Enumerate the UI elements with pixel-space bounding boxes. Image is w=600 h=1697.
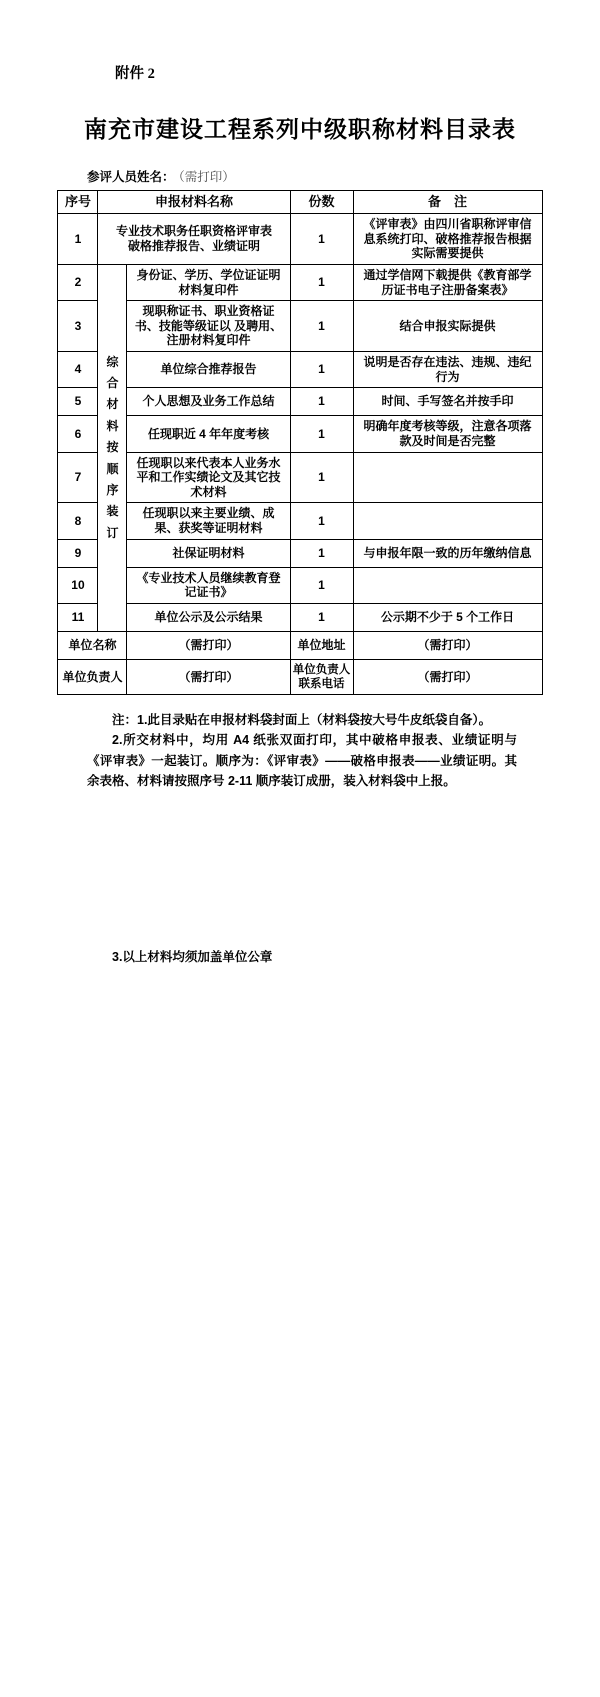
materials-table: 序号 申报材料名称 份数 备 注 1 专业技术职务任职资格评审表 破格推荐报告、…: [57, 190, 542, 695]
remark-cell: [353, 567, 542, 603]
remark-cell: 《评审表》由四川省职称评审信 息系统打印、破格推荐报告根据 实际需要提供: [353, 214, 542, 265]
material-name-cell: 《专业技术人员继续教育登 记证书》: [127, 567, 290, 603]
table-row: 9 社保证明材料 1 与申报年限一致的历年缴纳信息: [58, 539, 542, 567]
copies-cell: 1: [290, 264, 353, 300]
serial-cell: 7: [58, 452, 98, 503]
serial-cell: 9: [58, 539, 98, 567]
material-name-cell: 任现职以来代表本人业务水 平和工作实绩论文及其它技 术材料: [127, 452, 290, 503]
unit-address-label: 单位地址: [290, 631, 353, 659]
serial-cell: 1: [58, 214, 98, 265]
material-name-cell: 专业技术职务任职资格评审表 破格推荐报告、业绩证明: [98, 214, 290, 265]
col-header-serial: 序号: [58, 191, 98, 214]
attachment-label: 附件 2: [115, 0, 600, 83]
serial-cell: 11: [58, 603, 98, 631]
unit-head-value: （需打印）: [127, 659, 290, 694]
col-header-material-name: 申报材料名称: [98, 191, 290, 214]
material-name-cell: 任现职以来主要业绩、成 果、获奖等证明材料: [127, 503, 290, 539]
table-row: 3 现职称证书、职业资格证 书、技能等级证以 及聘用、 注册材料复印件 1 结合…: [58, 301, 542, 352]
serial-cell: 8: [58, 503, 98, 539]
page-title: 南充市建设工程系列中级职称材料目录表: [0, 111, 600, 144]
material-name-cell: 单位综合推荐报告: [127, 352, 290, 388]
table-row: 7 任现职以来代表本人业务水 平和工作实绩论文及其它技 术材料 1: [58, 452, 542, 503]
material-name-cell: 现职称证书、职业资格证 书、技能等级证以 及聘用、 注册材料复印件: [127, 301, 290, 352]
material-name-cell: 单位公示及公示结果: [127, 603, 290, 631]
material-name-cell: 社保证明材料: [127, 539, 290, 567]
note-3: 3.以上材料均须加盖单位公章: [87, 947, 517, 968]
unit-name-label: 单位名称: [58, 631, 127, 659]
table-row: 6 任现职近 4 年年度考核 1 明确年度考核等级，注意各项落 款及时间是否完整: [58, 416, 542, 452]
material-name-cell: 身份证、学历、学位证证明 材料复印件: [127, 264, 290, 300]
copies-cell: 1: [290, 416, 353, 452]
table-row: 5 个人思想及业务工作总结 1 时间、手写签名并按手印: [58, 388, 542, 416]
copies-cell: 1: [290, 301, 353, 352]
remark-cell: 通过学信网下载提供《教育部学 历证书电子注册备案表》: [353, 264, 542, 300]
note-2: 2.所交材料中，均用 A4 纸张双面打印，其中破格申报表、业绩证明与《评审表》一…: [87, 730, 517, 792]
group-label-text: 综合材料按顺序装订: [106, 352, 118, 544]
unit-head-phone-value: （需打印）: [353, 659, 542, 694]
table-row: 8 任现职以来主要业绩、成 果、获奖等证明材料 1: [58, 503, 542, 539]
remark-cell: 时间、手写签名并按手印: [353, 388, 542, 416]
applicant-name-line: 参评人员姓名：（需打印）: [87, 167, 600, 185]
col-header-copies: 份数: [290, 191, 353, 214]
document-page: 附件 2 南充市建设工程系列中级职称材料目录表 参评人员姓名：（需打印） 序号 …: [0, 0, 600, 1697]
serial-cell: 4: [58, 352, 98, 388]
table-row: 11 单位公示及公示结果 1 公示期不少于 5 个工作日: [58, 603, 542, 631]
copies-cell: 1: [290, 352, 353, 388]
copies-cell: 1: [290, 603, 353, 631]
remark-cell: [353, 452, 542, 503]
remark-cell: 与申报年限一致的历年缴纳信息: [353, 539, 542, 567]
copies-cell: 1: [290, 452, 353, 503]
serial-cell: 5: [58, 388, 98, 416]
unit-name-value: （需打印）: [127, 631, 290, 659]
unit-head-row: 单位负责人 （需打印） 单位负责人 联系电话 （需打印）: [58, 659, 542, 694]
material-name-cell: 个人思想及业务工作总结: [127, 388, 290, 416]
serial-cell: 2: [58, 264, 98, 300]
remark-cell: 公示期不少于 5 个工作日: [353, 603, 542, 631]
group-label-cell: 综合材料按顺序装订: [98, 264, 127, 631]
copies-cell: 1: [290, 388, 353, 416]
table-row: 4 单位综合推荐报告 1 说明是否存在违法、违规、违纪 行为: [58, 352, 542, 388]
note-1: 注：1.此目录贴在申报材料袋封面上（材料袋按大号牛皮纸袋自备）。: [87, 710, 517, 731]
material-name-cell: 任现职近 4 年年度考核: [127, 416, 290, 452]
copies-cell: 1: [290, 214, 353, 265]
table-row: 2 综合材料按顺序装订 身份证、学历、学位证证明 材料复印件 1 通过学信网下载…: [58, 264, 542, 300]
serial-cell: 10: [58, 567, 98, 603]
serial-cell: 3: [58, 301, 98, 352]
copies-cell: 1: [290, 567, 353, 603]
notes-section: 注：1.此目录贴在申报材料袋封面上（材料袋按大号牛皮纸袋自备）。 2.所交材料中…: [87, 710, 517, 968]
unit-address-value: （需打印）: [353, 631, 542, 659]
remark-cell: [353, 503, 542, 539]
copies-cell: 1: [290, 539, 353, 567]
unit-name-row: 单位名称 （需打印） 单位地址 （需打印）: [58, 631, 542, 659]
applicant-name-label: 参评人员姓名：: [87, 170, 175, 184]
remark-cell: 结合申报实际提供: [353, 301, 542, 352]
table-row: 1 专业技术职务任职资格评审表 破格推荐报告、业绩证明 1 《评审表》由四川省职…: [58, 214, 542, 265]
serial-cell: 6: [58, 416, 98, 452]
copies-cell: 1: [290, 503, 353, 539]
unit-head-phone-label: 单位负责人 联系电话: [290, 659, 353, 694]
applicant-name-value: （需打印）: [179, 170, 235, 184]
table-row: 10 《专业技术人员继续教育登 记证书》 1: [58, 567, 542, 603]
remark-cell: 明确年度考核等级，注意各项落 款及时间是否完整: [353, 416, 542, 452]
remark-cell: 说明是否存在违法、违规、违纪 行为: [353, 352, 542, 388]
unit-head-label: 单位负责人: [58, 659, 127, 694]
table-header-row: 序号 申报材料名称 份数 备 注: [58, 191, 542, 214]
col-header-remark: 备 注: [353, 191, 542, 214]
